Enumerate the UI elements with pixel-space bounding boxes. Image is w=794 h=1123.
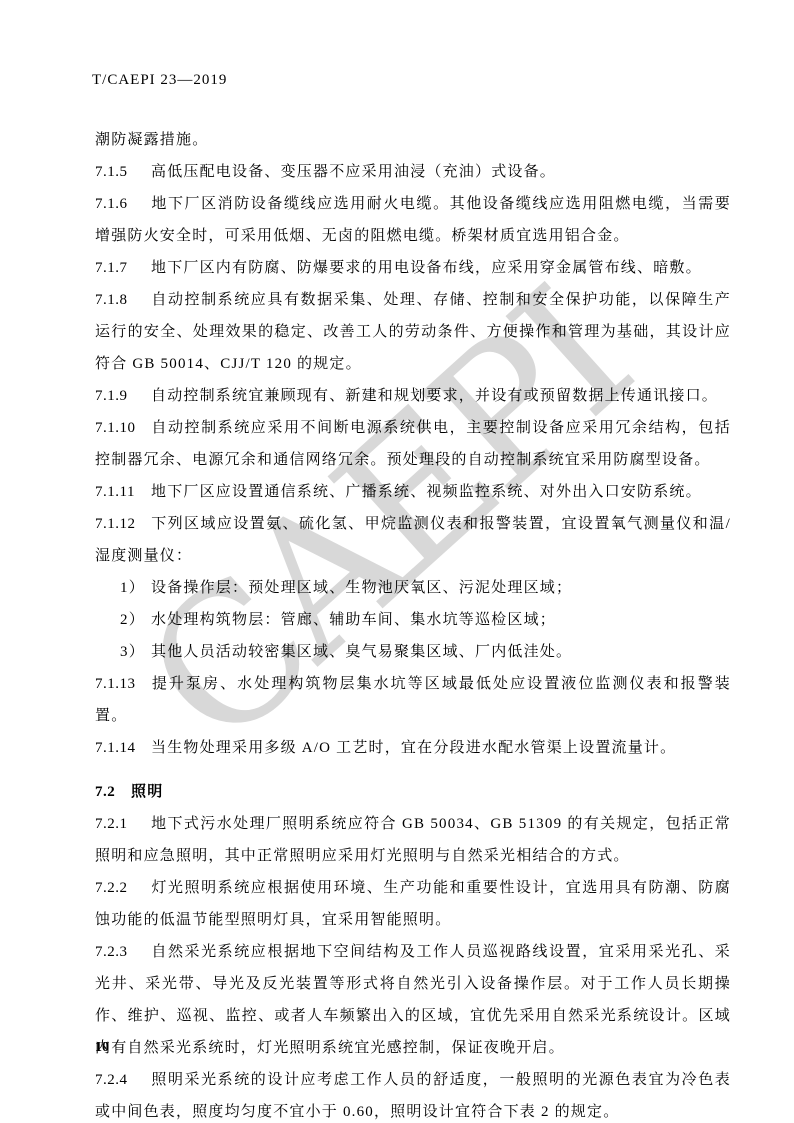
clause-paragraph: 7.1.13提升泵房、水处理构筑物层集水坑等区域最低处应设置液位监测仪表和报警装… [95,668,731,732]
clause-number: 7.2.2 [95,872,151,904]
page-number: 10 [95,1040,109,1056]
clause-text: 当生物处理采用多级 A/O 工艺时，宜在分段进水配水管渠上设置流量计。 [151,740,676,756]
list-item-text: 其他人员活动较密集区域、臭气易聚集区域、厂内低洼处。 [151,644,572,660]
list-item: 2）水处理构筑物层：管廊、辅助车间、集水坑等巡检区域； [95,604,731,636]
clause-paragraph: 7.1.8自动控制系统应具有数据采集、处理、存储、控制和安全保护功能，以保障生产… [95,284,731,380]
clause-text: 自动控制系统应具有数据采集、处理、存储、控制和安全保护功能，以保障生产运行的安全… [95,292,731,372]
document-body: 潮防凝露措施。7.1.5高低压配电设备、变压器不应采用油浸（充油）式设备。7.1… [95,124,731,1123]
clause-paragraph: 7.1.10自动控制系统应采用不间断电源系统供电，主要控制设备应采用冗余结构，包… [95,412,731,476]
paragraph-text: 潮防凝露措施。 [95,132,208,148]
clause-number: 7.1.8 [95,284,151,316]
clause-number: 7.1.11 [95,476,151,508]
clause-paragraph: 7.2.1地下式污水处理厂照明系统应符合 GB 50034、GB 51309 的… [95,808,731,872]
section-title: 照明 [131,784,163,800]
list-item: 1）设备操作层：预处理区域、生物池厌氧区、污泥处理区域； [95,572,731,604]
clause-paragraph: 7.2.3自然采光系统应根据地下空间结构及工作人员巡视路线设置，宜采用采光孔、采… [95,936,731,1064]
list-item-text: 设备操作层：预处理区域、生物池厌氧区、污泥处理区域； [151,580,572,596]
clause-paragraph: 7.1.11地下厂区应设置通信系统、广播系统、视频监控系统、对外出入口安防系统。 [95,476,731,508]
section-heading: 7.2照明 [95,776,731,808]
clause-text: 照明采光系统的设计应考虑工作人员的舒适度，一般照明的光源色表宜为冷色表或中间色表… [95,1072,731,1120]
clause-text: 地下式污水处理厂照明系统应符合 GB 50034、GB 51309 的有关规定，… [95,816,731,864]
clause-number: 7.1.7 [95,252,151,284]
clause-number: 7.1.6 [95,188,151,220]
clause-text: 下列区域应设置氨、硫化氢、甲烷监测仪表和报警装置，宜设置氧气测量仪和温/湿度测量… [95,516,731,564]
list-item-number: 1） [120,572,151,604]
clause-number: 7.1.9 [95,380,151,412]
clause-paragraph: 7.1.7地下厂区内有防腐、防爆要求的用电设备布线，应采用穿金属管布线、暗敷。 [95,252,731,284]
clause-text: 地下厂区消防设备缆线应选用耐火电缆。其他设备缆线应选用阻燃电缆，当需要增强防火安… [95,196,731,244]
list-item-text: 水处理构筑物层：管廊、辅助车间、集水坑等巡检区域； [151,612,556,628]
clause-number: 7.1.14 [95,732,151,764]
clause-text: 地下厂区内有防腐、防爆要求的用电设备布线，应采用穿金属管布线、暗敷。 [151,260,702,276]
clause-text: 自动控制系统宜兼顾现有、新建和规划要求，并设有或预留数据上传通讯接口。 [151,388,718,404]
clause-paragraph: 7.1.6地下厂区消防设备缆线应选用耐火电缆。其他设备缆线应选用阻燃电缆，当需要… [95,188,731,252]
clause-paragraph: 7.2.2灯光照明系统应根据使用环境、生产功能和重要性设计，宜选用具有防潮、防腐… [95,872,731,936]
section-number: 7.2 [95,776,131,808]
clause-number: 7.2.3 [95,936,151,968]
clause-number: 7.1.12 [95,508,151,540]
clause-paragraph: 7.2.4照明采光系统的设计应考虑工作人员的舒适度，一般照明的光源色表宜为冷色表… [95,1064,731,1123]
clause-paragraph: 7.1.14当生物处理采用多级 A/O 工艺时，宜在分段进水配水管渠上设置流量计… [95,732,731,764]
clause-paragraph: 7.1.12下列区域应设置氨、硫化氢、甲烷监测仪表和报警装置，宜设置氧气测量仪和… [95,508,731,572]
clause-text: 自然采光系统应根据地下空间结构及工作人员巡视路线设置，宜采用采光孔、采光井、采光… [95,944,731,1056]
standard-number-header: T/CAEPI 23—2019 [92,72,227,89]
list-item-number: 2） [120,604,151,636]
clause-paragraph: 7.1.9自动控制系统宜兼顾现有、新建和规划要求，并设有或预留数据上传通讯接口。 [95,380,731,412]
clause-text: 灯光照明系统应根据使用环境、生产功能和重要性设计，宜选用具有防潮、防腐蚀功能的低… [95,880,731,928]
clause-number: 7.2.4 [95,1064,151,1096]
list-item: 3）其他人员活动较密集区域、臭气易聚集区域、厂内低洼处。 [95,636,731,668]
continuation-paragraph: 潮防凝露措施。 [95,124,731,156]
clause-paragraph: 7.1.5高低压配电设备、变压器不应采用油浸（充油）式设备。 [95,156,731,188]
clause-number: 7.1.13 [95,668,151,700]
clause-text: 自动控制系统应采用不间断电源系统供电，主要控制设备应采用冗余结构，包括控制器冗余… [95,420,731,468]
clause-number: 7.1.5 [95,156,151,188]
clause-number: 7.2.1 [95,808,151,840]
clause-text: 地下厂区应设置通信系统、广播系统、视频监控系统、对外出入口安防系统。 [151,484,702,500]
clause-number: 7.1.10 [95,412,151,444]
clause-text: 提升泵房、水处理构筑物层集水坑等区域最低处应设置液位监测仪表和报警装置。 [95,676,731,724]
list-item-number: 3） [120,636,151,668]
document-page: CAEPI T/CAEPI 23—2019 潮防凝露措施。7.1.5高低压配电设… [0,0,794,1123]
clause-text: 高低压配电设备、变压器不应采用油浸（充油）式设备。 [151,164,556,180]
